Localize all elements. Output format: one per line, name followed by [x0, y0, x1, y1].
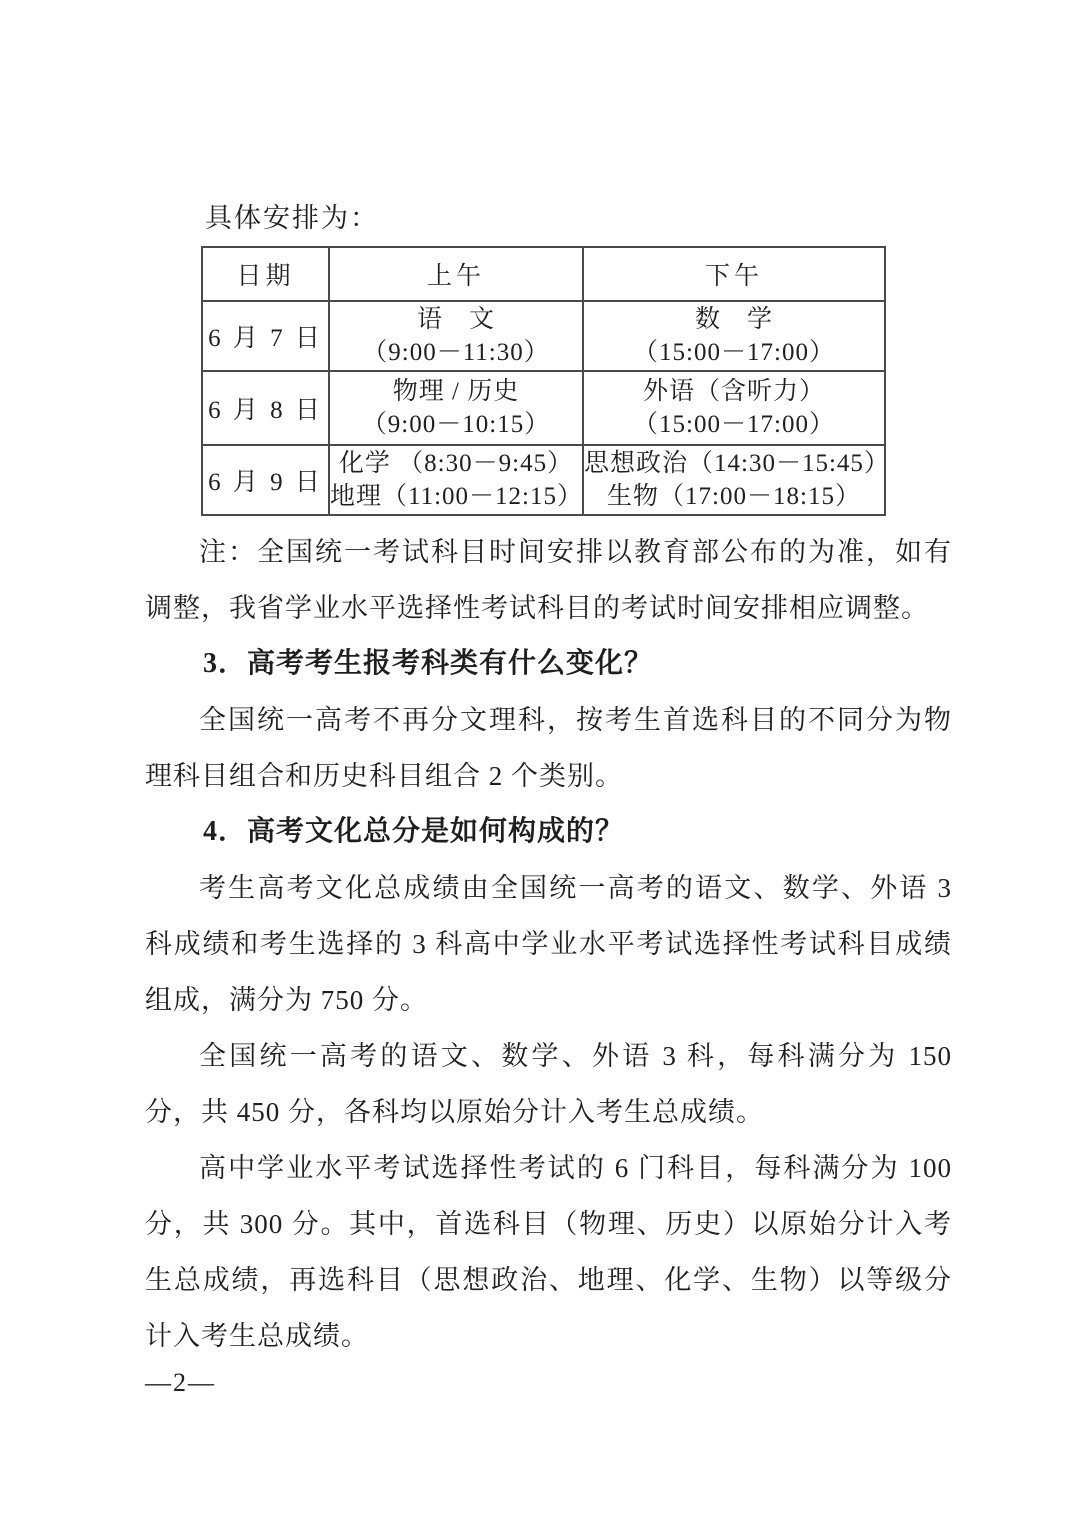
subject-line: 物理 / 历史 [330, 375, 582, 408]
afternoon-cell: 数 学 （15:00－17:00） [583, 301, 885, 371]
date-cell: 6 月 7 日 [202, 301, 329, 371]
subject-line: 数 学 [584, 303, 884, 336]
table-row: 6 月 7 日 语 文 （9:00－11:30） 数 学 （15:00－17:0… [202, 301, 885, 371]
section-3-heading: 3．高考考生报考科类有什么变化？ [145, 636, 952, 692]
afternoon-cell: 思想政治（14:30－15:45） 生物（17:00－18:15） [583, 445, 885, 515]
subject-time-line: 生物（17:00－18:15） [584, 480, 884, 513]
morning-cell: 语 文 （9:00－11:30） [329, 301, 583, 371]
section-4-heading: 4．高考文化总分是如何构成的？ [145, 804, 952, 860]
page-number: —2— [145, 1368, 952, 1398]
section-4-paragraph-2: 全国统一高考的语文、数学、外语 3 科，每科满分为 150 分，共 450 分，… [145, 1028, 952, 1140]
page-content: 具体安排为： 日期 上午 下午 6 月 7 日 语 文 （9:00－11:30） [0, 0, 1080, 1398]
subject-time-line: 地理（11:00－12:15） [330, 480, 582, 513]
morning-cell: 化学 （8:30－9:45） 地理（11:00－12:15） [329, 445, 583, 515]
section-3-paragraph: 全国统一高考不再分文理科，按考生首选科目的不同分为物理科目组合和历史科目组合 2… [145, 692, 952, 804]
afternoon-cell: 外语（含听力） （15:00－17:00） [583, 371, 885, 445]
subject-line: 外语（含听力） [584, 375, 884, 408]
document-page: 具体安排为： 日期 上午 下午 6 月 7 日 语 文 （9:00－11:30） [0, 0, 1080, 1527]
section-4-paragraph-1: 考生高考文化总成绩由全国统一高考的语文、数学、外语 3 科成绩和考生选择的 3 … [145, 860, 952, 1028]
exam-schedule-table: 日期 上午 下午 6 月 7 日 语 文 （9:00－11:30） 数 学 （1… [201, 246, 886, 516]
intro-line: 具体安排为： [145, 200, 952, 236]
column-header-date: 日期 [202, 247, 329, 301]
time-line: （9:00－11:30） [330, 336, 582, 369]
time-line: （15:00－17:00） [584, 336, 884, 369]
date-cell: 6 月 8 日 [202, 371, 329, 445]
section-4-paragraph-3: 高中学业水平考试选择性考试的 6 门科目，每科满分为 100 分，共 300 分… [145, 1140, 952, 1364]
table-row: 6 月 8 日 物理 / 历史 （9:00－10:15） 外语（含听力） （15… [202, 371, 885, 445]
table-header-row: 日期 上午 下午 [202, 247, 885, 301]
column-header-afternoon: 下午 [583, 247, 885, 301]
column-header-morning: 上午 [329, 247, 583, 301]
subject-line: 语 文 [330, 303, 582, 336]
morning-cell: 物理 / 历史 （9:00－10:15） [329, 371, 583, 445]
subject-time-line: 化学 （8:30－9:45） [330, 447, 582, 480]
table-row: 6 月 9 日 化学 （8:30－9:45） 地理（11:00－12:15） 思… [202, 445, 885, 515]
date-cell: 6 月 9 日 [202, 445, 329, 515]
time-line: （15:00－17:00） [584, 408, 884, 441]
note-paragraph: 注：全国统一考试科目时间安排以教育部公布的为准，如有调整，我省学业水平选择性考试… [145, 524, 952, 636]
subject-time-line: 思想政治（14:30－15:45） [584, 447, 884, 480]
time-line: （9:00－10:15） [330, 408, 582, 441]
